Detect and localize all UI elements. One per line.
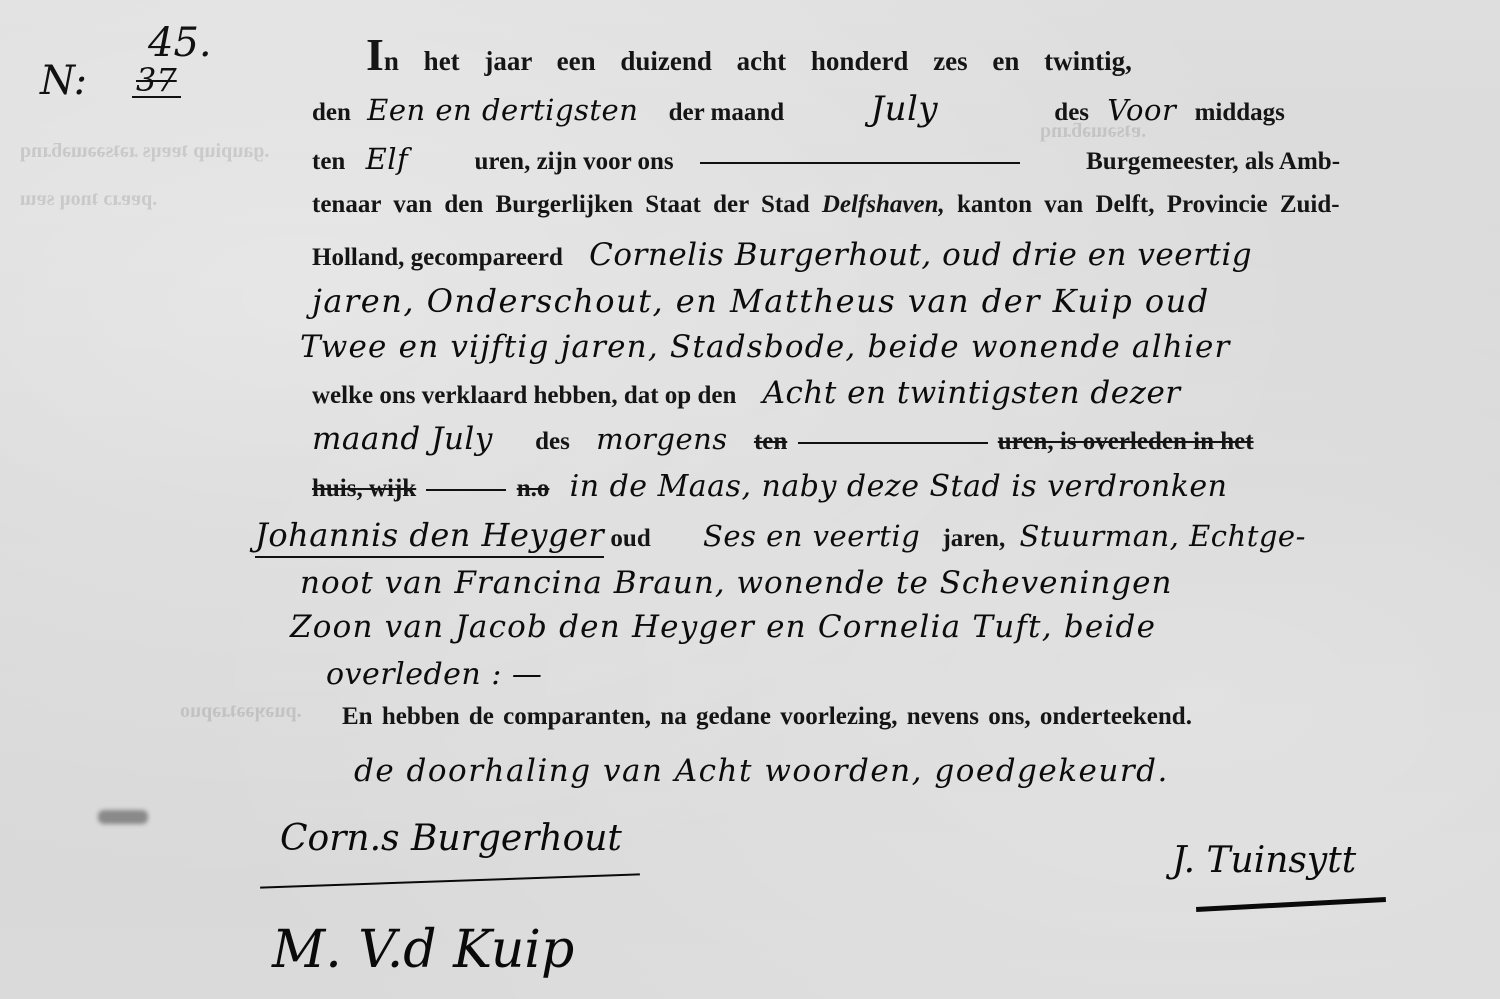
handwritten-time-of-day: morgens xyxy=(596,422,728,456)
handwritten-part-of-day: Voor xyxy=(1107,93,1176,127)
line-16: de doorhaling van Acht woorden, goedgeke… xyxy=(354,756,1169,789)
line-2: den Een en dertigsten der maand July des… xyxy=(312,94,1285,128)
record-number-struck: 37 xyxy=(132,64,181,98)
printed-text: middags xyxy=(1195,99,1285,126)
printed-text: kanton van Delft, Provincie Zuid- xyxy=(957,191,1340,218)
handwritten-age: Ses en veertig xyxy=(703,519,920,553)
handwritten-place-of-death: in de Maas, naby deze Stad is verdronken xyxy=(570,469,1228,504)
handwritten-hour: Elf xyxy=(366,142,409,176)
handwritten-deceased-name: Johannis den Heyger xyxy=(255,516,604,558)
bleed-through-text: .pɐɐɹɔ ʇnoɥ sɐɯ xyxy=(20,188,157,211)
handwritten-correction-note: de doorhaling van Acht woorden, goedgeke… xyxy=(354,753,1169,789)
printed-text: des xyxy=(1054,99,1089,126)
initial-capital: I xyxy=(366,29,384,80)
handwritten-month: maand July xyxy=(312,421,493,457)
handwritten-death-date: Acht en twintigsten dezer xyxy=(763,375,1181,411)
line-12: noot van Francina Braun, wonende te Sche… xyxy=(300,568,1172,601)
line-15: En hebben de comparanten, na gedane voor… xyxy=(342,702,1192,732)
record-number-current: 45. xyxy=(148,20,212,66)
signature-kuip: M. V.d Kuip xyxy=(272,920,574,980)
struck-blank-line xyxy=(798,442,988,444)
bleed-through-text: .ɡaupiup ʇɐɐɥs ɹǝʇsǝǝɯǝƃɹnq xyxy=(20,140,269,163)
ink-smudge xyxy=(98,810,148,824)
handwritten-witness-1: Cornelis Burgerhout, oud drie en veertig xyxy=(589,237,1252,273)
struck-printed-text: ten xyxy=(754,428,787,455)
printed-text: tenaar van den Burgerlijken Staat der St… xyxy=(312,191,810,218)
struck-printed-text: huis, wijk xyxy=(312,475,416,502)
handwritten-parents: Zoon van Jacob den Heyger en Cornelia Tu… xyxy=(290,609,1156,645)
line-9: maand July des morgens ten uren, is over… xyxy=(312,424,1254,457)
printed-text: welke ons verklaard hebben, dat op den xyxy=(312,382,736,409)
handwritten-text: overleden : — xyxy=(326,657,542,692)
signature-flourish xyxy=(260,873,640,888)
printed-text: Burgemeester, als Amb- xyxy=(1086,148,1340,175)
handwritten-occupation: Stuurman, Echtge- xyxy=(1019,519,1305,553)
blank-line xyxy=(700,162,1020,164)
line-10: huis, wijk n.o in de Maas, naby deze Sta… xyxy=(312,472,1227,504)
line-7: Twee en vijftig jaren, Stadsbode, beide … xyxy=(300,332,1231,365)
bleed-through-text: .puǝʞǝǝʇɹǝpuo xyxy=(180,700,302,723)
line-5: Holland, gecompareerd Cornelis Burgerhou… xyxy=(312,240,1252,273)
printed-text: ten xyxy=(312,148,345,175)
printed-city-name: Delfshaven, xyxy=(822,191,945,218)
printed-text: des xyxy=(535,428,570,455)
printed-text: n het jaar een duizend acht honderd zes … xyxy=(384,46,1132,76)
line-3: ten Elf uren, zijn voor ons Burgemeester… xyxy=(312,144,1340,177)
signature-flourish xyxy=(1196,897,1386,912)
handwritten-day: Een en dertigsten xyxy=(367,93,638,127)
handwritten-text: Twee en vijftig jaren, Stadsbode, beide … xyxy=(300,329,1231,365)
handwritten-spouse: noot van Francina Braun, wonende te Sche… xyxy=(300,565,1172,601)
struck-printed-text: n.o xyxy=(517,475,550,502)
handwritten-month: July xyxy=(870,89,938,129)
line-13: Zoon van Jacob den Heyger en Cornelia Tu… xyxy=(290,612,1156,645)
signature-official: J. Tuinsytt xyxy=(1172,840,1356,881)
line-1: In het jaar een duizend acht honderd zes… xyxy=(366,40,1132,78)
document-page: .ɡaupiup ʇɐɐɥs ɹǝʇsǝǝɯǝƃɹnq .pɐɐɹɔ ʇnoɥ … xyxy=(0,0,1500,999)
printed-text: den xyxy=(312,99,351,126)
printed-text: oud xyxy=(610,525,650,552)
line-8: welke ons verklaard hebben, dat op den A… xyxy=(312,378,1181,411)
printed-text: Holland, gecompareerd xyxy=(312,244,563,271)
handwritten-text: jaren, Onderschout, en Mattheus van der … xyxy=(312,282,1210,320)
printed-text: der maand xyxy=(669,99,785,126)
printed-text: uren, zijn voor ons xyxy=(475,148,674,175)
line-4: tenaar van den Burgerlijken Staat der St… xyxy=(312,190,1340,220)
line-11: Johannis den Heyger oud Ses en veertig j… xyxy=(255,520,1306,554)
line-14: overleden : — xyxy=(326,660,542,692)
struck-printed-text: uren, is overleden in het xyxy=(998,428,1254,455)
printed-text: jaren, xyxy=(942,525,1005,552)
line-6: jaren, Onderschout, en Mattheus van der … xyxy=(312,286,1210,320)
printed-closing: En hebben de comparanten, na gedane voor… xyxy=(342,703,1192,730)
signature-burgerhout: Corn.s Burgerhout xyxy=(280,818,622,859)
struck-blank-line xyxy=(426,489,506,491)
record-number-label: N: xyxy=(40,58,87,104)
